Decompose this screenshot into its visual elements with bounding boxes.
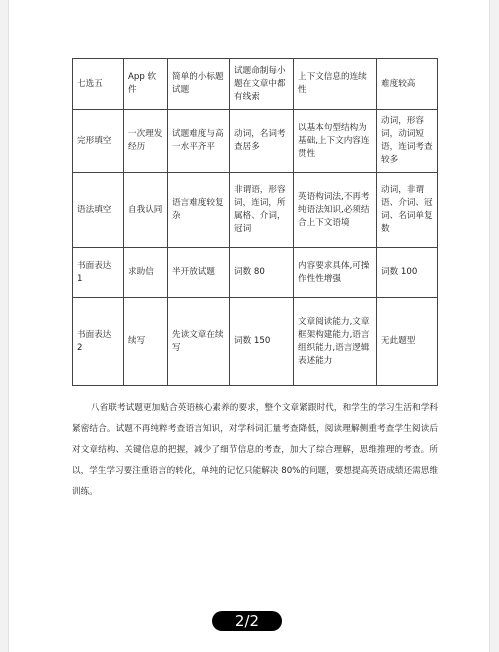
table-cell: 动词，形容词，动词短语，连词考查较多	[377, 110, 438, 173]
table-cell: 书面表达 2	[73, 298, 124, 386]
table-row: 七选五 App 软件 简单的小标题试题 试题命制每小题在文章中都有线索 上下文信…	[73, 59, 438, 110]
table-cell: 动词，非谓语、介词、冠词、名词单复数	[377, 173, 438, 248]
table-row: 完形填空 一次理发经历 试题难度与高一水平齐平 动词，名词考查居多 以基本句型结…	[73, 110, 438, 173]
table-row: 语法填空 自我认同 语言难度较复杂 非谓语，形容词，连词，所属格、介词，冠词 英…	[73, 173, 438, 248]
table-cell: 简单的小标题试题	[168, 59, 230, 110]
table-row: 书面表达 2 续写 先读文章在续写 词数 150 文章阅读能力,文章框架构建能力…	[73, 298, 438, 386]
table-cell: 无此题型	[377, 298, 438, 386]
table-cell: 文章阅读能力,文章框架构建能力,语言组织能力,语言逻辑表述能力	[294, 298, 377, 386]
table-cell: 完形填空	[73, 110, 124, 173]
table-cell: 内容要求具体,可操作性性增强	[294, 248, 377, 298]
exam-comparison-table: 七选五 App 软件 简单的小标题试题 试题命制每小题在文章中都有线索 上下文信…	[72, 58, 438, 386]
table-cell: 七选五	[73, 59, 124, 110]
table-cell: 非谓语，形容词，连词，所属格、介词，冠词	[230, 173, 294, 248]
page-indicator: 2/2	[212, 611, 282, 631]
table-cell: 试题难度与高一水平齐平	[168, 110, 230, 173]
table-cell: 上下文信息的连续性	[294, 59, 377, 110]
table-cell: 试题命制每小题在文章中都有线索	[230, 59, 294, 110]
summary-paragraph: 八省联考试题更加贴合英语核心素养的要求，整个文章紧跟时代，和学生的学习生活和学科…	[72, 398, 438, 503]
table-cell: 英语构词法,不再考纯语法知识,必须结合上下文语境	[294, 173, 377, 248]
table-cell: 以基本句型结构为基础,上下文内容连贯性	[294, 110, 377, 173]
table-cell: 动词，名词考查居多	[230, 110, 294, 173]
table-row: 书面表达 1 求助信 半开放试题 词数 80 内容要求具体,可操作性性增强 词数…	[73, 248, 438, 298]
table-cell: 难度较高	[377, 59, 438, 110]
table-cell: 先读文章在续写	[168, 298, 230, 386]
document-page: 七选五 App 软件 简单的小标题试题 试题命制每小题在文章中都有线索 上下文信…	[8, 0, 490, 652]
table-cell: 一次理发经历	[124, 110, 168, 173]
table-cell: 续写	[124, 298, 168, 386]
table-cell: App 软件	[124, 59, 168, 110]
table-cell: 语言难度较复杂	[168, 173, 230, 248]
table-cell: 语法填空	[73, 173, 124, 248]
table-cell: 半开放试题	[168, 248, 230, 298]
table-cell: 求助信	[124, 248, 168, 298]
table-cell: 词数 80	[230, 248, 294, 298]
table-cell: 书面表达 1	[73, 248, 124, 298]
table-cell: 词数 150	[230, 298, 294, 386]
table-cell: 词数 100	[377, 248, 438, 298]
table-cell: 自我认同	[124, 173, 168, 248]
